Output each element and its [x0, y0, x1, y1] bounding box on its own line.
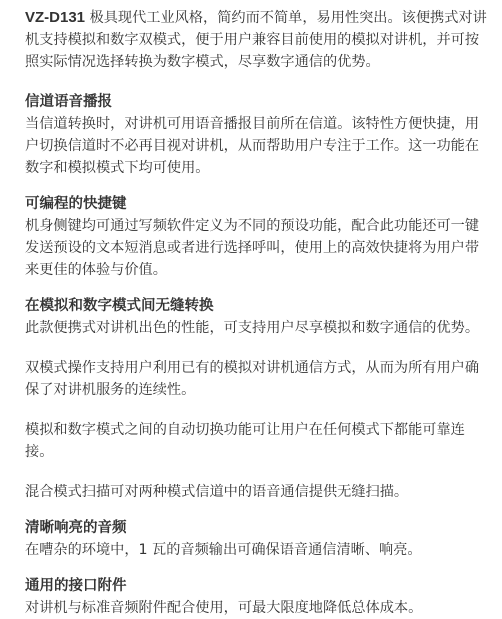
- section-channel-announcement: 信道语音播报 当信道转换时，对讲机可用语音播报目前所在信道。该特性方便快捷，用户…: [25, 91, 488, 179]
- section-text: 模拟和数字模式之间的自动切换功能可让用户在任何模式下都能可靠连接。: [25, 419, 488, 463]
- section-title: 清晰响亮的音频: [25, 517, 488, 539]
- section-title: 可编程的快捷键: [25, 193, 488, 215]
- section-text: 混合模式扫描可对两种模式信道中的语音通信提供无缝扫描。: [25, 481, 488, 503]
- section-text: 机身侧键均可通过写频软件定义为不同的预设功能，配合此功能还可一键发送预设的文本短…: [25, 215, 488, 281]
- intro-text: 极具现代工业风格，简约而不简单，易用性突出。该便携式对讲机支持模拟和数字双模式，…: [25, 10, 487, 70]
- intro-paragraph: VZ-D131 极具现代工业风格，简约而不简单，易用性突出。该便携式对讲机支持模…: [25, 7, 488, 73]
- section-text: 此款便携式对讲机出色的性能，可支持用户尽享模拟和数字通信的优势。: [25, 317, 488, 339]
- product-description: VZ-D131 极具现代工业风格，简约而不简单，易用性突出。该便携式对讲机支持模…: [0, 0, 502, 619]
- section-text: 在嘈杂的环境中，1 瓦的音频输出可确保语音通信清晰、响亮。: [25, 539, 488, 561]
- section-accessories: 通用的接口附件 对讲机与标准音频附件配合使用，可最大限度地降低总体成本。: [25, 575, 488, 619]
- section-title: 在模拟和数字模式间无缝转换: [25, 295, 488, 317]
- section-text: 当信道转换时，对讲机可用语音播报目前所在信道。该特性方便快捷，用户切换信道时不必…: [25, 113, 488, 179]
- section-title: 信道语音播报: [25, 91, 488, 113]
- model-name: VZ-D131: [25, 9, 85, 26]
- section-title: 通用的接口附件: [25, 575, 488, 597]
- section-seamless-switch: 在模拟和数字模式间无缝转换 此款便携式对讲机出色的性能，可支持用户尽享模拟和数字…: [25, 295, 488, 503]
- section-programmable-keys: 可编程的快捷键 机身侧键均可通过写频软件定义为不同的预设功能，配合此功能还可一键…: [25, 193, 488, 281]
- section-clear-audio: 清晰响亮的音频 在嘈杂的环境中，1 瓦的音频输出可确保语音通信清晰、响亮。: [25, 517, 488, 561]
- section-text: 对讲机与标准音频附件配合使用，可最大限度地降低总体成本。: [25, 597, 488, 619]
- section-text: 双模式操作支持用户利用已有的模拟对讲机通信方式，从而为所有用户确保了对讲机服务的…: [25, 357, 488, 401]
